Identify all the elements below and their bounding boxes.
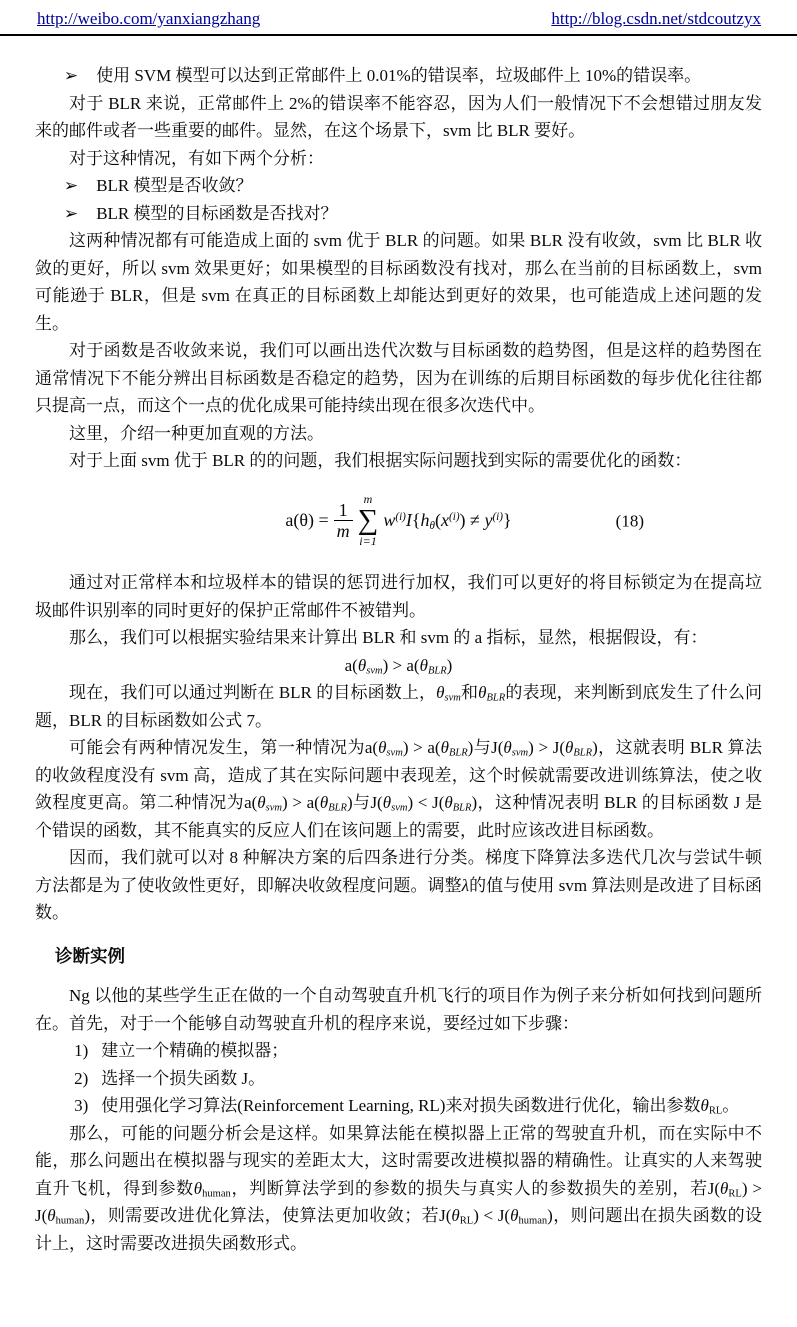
text-run: 对于这种情况，有如下两个分析： xyxy=(69,149,324,168)
text-run: )与J( xyxy=(347,793,383,812)
paragraph: Ng 以他的某些学生正在做的一个自动驾驶直升机飞行的项目作为例子来分析如何找到问… xyxy=(35,982,762,1037)
math-run: svm xyxy=(512,748,528,759)
math-run: BLR xyxy=(428,665,447,676)
math-run: (i) xyxy=(395,511,406,523)
text-run: ) > a( xyxy=(282,793,320,812)
header-link-right[interactable]: http://blog.csdn.net/stdcoutzyx xyxy=(551,8,761,30)
page-header: http://weibo.com/yanxiangzhang http://bl… xyxy=(0,0,797,36)
numbered-item: 1)建立一个精确的模拟器； xyxy=(35,1037,762,1065)
text-run: 和 xyxy=(461,683,478,702)
math-run: θ xyxy=(451,1206,459,1225)
math-run: θ xyxy=(383,793,391,812)
math-run: θ xyxy=(320,793,328,812)
math-run: θ xyxy=(503,738,511,757)
equation-body: a(θ) =1mm∑i=1w(i)I{hθ(x(i)) ≠ y(i)} xyxy=(285,493,511,550)
text-run: )与J( xyxy=(468,738,504,757)
centered-formula: a(θsvm) > a(θBLR) xyxy=(35,652,762,680)
list-item-text: 使用 SVM 模型可以达到正常邮件上 0.01%的错误率，垃圾邮件上 10%的错… xyxy=(96,62,762,90)
math-run: θ xyxy=(194,1179,202,1198)
bullet-item: ➢使用 SVM 模型可以达到正常邮件上 0.01%的错误率，垃圾邮件上 10%的… xyxy=(35,62,762,90)
math-run: θ xyxy=(700,1096,708,1115)
list-number-marker: 1) xyxy=(74,1037,101,1065)
math-run: w xyxy=(383,510,395,530)
list-item-text: 建立一个精确的模拟器； xyxy=(101,1037,762,1065)
math-run: RL xyxy=(460,1216,473,1227)
math-run: (i) xyxy=(492,511,503,523)
equation-rhs: w(i)I{hθ(x(i)) ≠ y(i)} xyxy=(383,510,511,532)
text-run: 这里，介绍一种更加直观的方法。 xyxy=(69,424,324,443)
text-run: ，判断算法学到的参数的损失与真实人的参数损失的差别，若J( xyxy=(231,1179,720,1198)
text-run: BLR 模型的目标函数是否找对？ xyxy=(96,204,337,223)
math-run: (i) xyxy=(449,511,460,523)
fraction-denominator: m xyxy=(337,521,350,542)
text-run: ) > a( xyxy=(403,738,441,757)
paragraph: 对于 BLR 来说，正常邮件上 2%的错误率不能容忍，因为人们一般情况下不会想错… xyxy=(35,90,762,145)
paragraph: 那么，可能的问题分析会是这样。如果算法能在模拟器上正常的驾驶直升机，而在实际中不… xyxy=(35,1120,762,1258)
text-run: ) < J( xyxy=(407,793,444,812)
math-run: BLR xyxy=(449,748,468,759)
math-run: human xyxy=(56,1216,85,1227)
math-run: BLR xyxy=(453,803,472,814)
math-run: x xyxy=(441,510,449,530)
math-run: λ xyxy=(462,876,469,895)
paragraph: 可能会有两种情况发生，第一种情况为a(θsvm) > a(θBLR)与J(θsv… xyxy=(35,734,762,844)
text-run: ) xyxy=(447,656,453,675)
summation: m∑i=1 xyxy=(358,493,379,550)
math-run: svm xyxy=(266,803,282,814)
text-run: ≠ xyxy=(466,510,485,530)
math-run: θ xyxy=(47,1206,55,1225)
numbered-item: 3)使用强化学习算法(Reinforcement Learning, RL)来对… xyxy=(35,1092,762,1120)
paragraph: 因而，我们就可以对 8 种解决方案的后四条进行分类。梯度下降算法多迭代几次与尝试… xyxy=(35,844,762,927)
math-run: θ xyxy=(358,656,366,675)
summation-lower-limit: i=1 xyxy=(359,535,376,549)
paragraph: 对于上面 svm 优于 BLR 的的问题，我们根据实际问题找到实际的需要优化的函… xyxy=(35,447,762,475)
text-run: Ng 以他的某些学生正在做的一个自动驾驶直升机飞行的项目作为例子来分析如何找到问… xyxy=(35,986,762,1033)
text-run: BLR 模型是否收敛？ xyxy=(96,176,252,195)
paragraph: 对于这种情况，有如下两个分析： xyxy=(35,145,762,173)
math-run: svm xyxy=(444,693,460,704)
text-run: 那么，我们可以根据实验结果来计算出 BLR 和 svm 的 a 指标，显然，根据… xyxy=(69,628,707,647)
display-equation: a(θ) =1mm∑i=1w(i)I{hθ(x(i)) ≠ y(i)}(18) xyxy=(35,487,762,556)
document-page: ➢使用 SVM 模型可以达到正常邮件上 0.01%的错误率，垃圾邮件上 10%的… xyxy=(0,36,797,1297)
list-item-text: BLR 模型是否收敛？ xyxy=(96,172,762,200)
math-run: BLR xyxy=(328,803,347,814)
text-run: )，则需要改进优化算法，使算法更加收敛；若J( xyxy=(84,1206,451,1225)
bullet-marker: ➢ xyxy=(64,172,96,200)
summation-sigma-icon: ∑ xyxy=(358,506,379,535)
section-heading: 诊断实例 xyxy=(35,943,762,971)
text-run: 建立一个精确的模拟器； xyxy=(101,1041,288,1060)
math-run: human xyxy=(518,1216,547,1227)
math-run: RL xyxy=(728,1188,741,1199)
math-run: svm xyxy=(391,803,407,814)
text-run: } xyxy=(503,510,512,530)
math-run: θ xyxy=(420,656,428,675)
text-run: ) < J( xyxy=(473,1206,510,1225)
bullet-item: ➢BLR 模型的目标函数是否找对？ xyxy=(35,200,762,228)
text-run: 诊断实例 xyxy=(55,946,125,966)
text-run: 现在，我们可以通过判断在 BLR 的目标函数上， xyxy=(69,683,436,702)
fraction: 1m xyxy=(334,500,353,542)
text-run: 这两种情况都有可能造成上面的 svm 优于 BLR 的问题。如果 BLR 没有收… xyxy=(35,231,762,333)
header-link-left[interactable]: http://weibo.com/yanxiangzhang xyxy=(37,8,260,30)
math-run: θ xyxy=(441,738,449,757)
math-run: BLR xyxy=(573,748,592,759)
list-item-text: 使用强化学习算法(Reinforcement Learning, RL)来对损失… xyxy=(101,1092,762,1120)
math-run: svm xyxy=(386,748,402,759)
list-number-marker: 2) xyxy=(74,1065,101,1093)
math-run: θ xyxy=(257,793,265,812)
text-run: 对于上面 svm 优于 BLR 的的问题，我们根据实际问题找到实际的需要优化的函… xyxy=(69,451,691,470)
paragraph: 这里，介绍一种更加直观的方法。 xyxy=(35,420,762,448)
text-run: 通过对正常样本和垃圾样本的错误的惩罚进行加权，我们可以更好的将目标锁定为在提高垃… xyxy=(35,573,762,620)
math-run: RL xyxy=(709,1106,722,1117)
math-run: θ xyxy=(444,793,452,812)
list-number-marker: 3) xyxy=(74,1092,101,1120)
math-run: h xyxy=(421,510,430,530)
list-item-text: 选择一个损失函数 J。 xyxy=(101,1065,762,1093)
text-run: 对于函数是否收敛来说，我们可以画出迭代次数与目标函数的趋势图，但是这样的趋势图在… xyxy=(35,341,762,415)
text-run: 使用强化学习算法(Reinforcement Learning, RL)来对损失… xyxy=(101,1096,700,1115)
text-run: 对于 BLR 来说，正常邮件上 2%的错误率不能容忍，因为人们一般情况下不会想错… xyxy=(35,94,762,141)
equation-number: (18) xyxy=(616,507,644,535)
numbered-item: 2)选择一个损失函数 J。 xyxy=(35,1065,762,1093)
text-run: 使用 SVM 模型可以达到正常邮件上 0.01%的错误率，垃圾邮件上 10%的错… xyxy=(96,66,701,85)
text-run: ) > a( xyxy=(383,656,420,675)
paragraph: 通过对正常样本和垃圾样本的错误的惩罚进行加权，我们可以更好的将目标锁定为在提高垃… xyxy=(35,569,762,624)
text-run: 。 xyxy=(722,1096,739,1115)
text-run: a( xyxy=(345,656,358,675)
fraction-numerator: 1 xyxy=(334,500,353,522)
text-run: 可能会有两种情况发生，第一种情况为a( xyxy=(69,738,378,757)
paragraph: 对于函数是否收敛来说，我们可以画出迭代次数与目标函数的趋势图，但是这样的趋势图在… xyxy=(35,337,762,420)
text-run: ) > J( xyxy=(528,738,565,757)
paragraph: 这两种情况都有可能造成上面的 svm 优于 BLR 的问题。如果 BLR 没有收… xyxy=(35,227,762,337)
math-run: human xyxy=(202,1188,231,1199)
text-run: 选择一个损失函数 J。 xyxy=(101,1069,265,1088)
paragraph: 现在，我们可以通过判断在 BLR 的目标函数上，θsvm和θBLR的表现，来判断… xyxy=(35,679,762,734)
bullet-item: ➢BLR 模型是否收敛？ xyxy=(35,172,762,200)
math-run: svm xyxy=(366,665,382,676)
text-run: { xyxy=(412,510,421,530)
list-item-text: BLR 模型的目标函数是否找对？ xyxy=(96,200,762,228)
paragraph: 那么，我们可以根据实验结果来计算出 BLR 和 svm 的 a 指标，显然，根据… xyxy=(35,624,762,652)
equation-lhs: a(θ) = xyxy=(285,510,328,532)
bullet-marker: ➢ xyxy=(64,62,96,90)
bullet-marker: ➢ xyxy=(64,200,96,228)
math-run: BLR xyxy=(486,693,505,704)
